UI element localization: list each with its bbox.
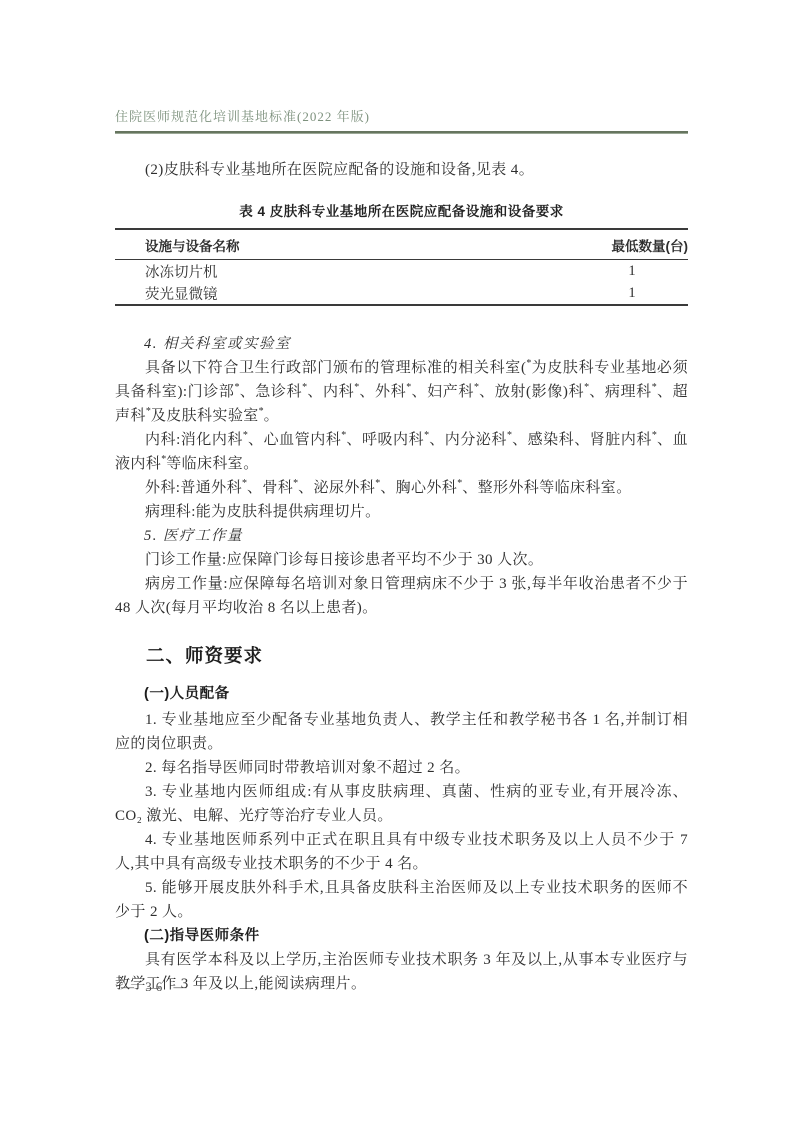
equipment-name: 冰冻切片机 xyxy=(115,261,576,282)
paragraph-pathology: 病理科:能为皮肤科提供病理切片。 xyxy=(115,500,688,524)
table-4-header-row: 设施与设备名称 最低数量(台) xyxy=(115,230,688,260)
intro-paragraph: (2)皮肤科专业基地所在医院应配备的设施和设备,见表 4。 xyxy=(115,158,688,182)
sub-heading-supervisor-conditions: (二)指导医师条件 xyxy=(115,924,688,948)
table-4: 设施与设备名称 最低数量(台) 冰冻切片机 1 荧光显微镜 1 xyxy=(115,228,688,306)
page-number: — 36 — xyxy=(121,979,191,995)
staffing-item: 3. 专业基地内医师组成:有从事皮肤病理、真菌、性病的亚专业,有开展冷冻、CO₂… xyxy=(115,780,688,828)
equipment-qty: 1 xyxy=(576,285,688,302)
document-page: 住院医师规范化培训基地标准(2022 年版) (2)皮肤科专业基地所在医院应配备… xyxy=(0,0,800,1131)
staffing-item: 5. 能够开展皮肤外科手术,且具备皮肤科主治医师及以上专业技术职务的医师不少于 … xyxy=(115,876,688,924)
paragraph-related-departments: 具备以下符合卫生行政部门颁布的管理标准的相关科室(*为皮肤科专业基地必须具备科室… xyxy=(115,356,688,428)
paragraph-outpatient-workload: 门诊工作量:应保障门诊每日接诊患者平均不少于 30 人次。 xyxy=(115,548,688,572)
paragraph-surgery: 外科:普通外科*、骨科*、泌尿外科*、胸心外科*、整形外科等临床科室。 xyxy=(115,476,688,500)
staffing-item: 4. 专业基地医师系列中正式在职且具有中级专业技术职务及以上人员不少于 7 人,… xyxy=(115,828,688,876)
equipment-name: 荧光显微镜 xyxy=(115,283,576,304)
table-row: 冰冻切片机 1 xyxy=(115,260,688,282)
paragraph-ward-workload: 病房工作量:应保障每名培训对象日管理病床不少于 3 张,每半年收治患者不少于 4… xyxy=(115,572,688,620)
section-heading-faculty-requirements: 二、师资要求 xyxy=(115,644,688,668)
sub-heading-staffing: (一)人员配备 xyxy=(115,682,688,706)
table-4-title: 表 4 皮肤科专业基地所在医院应配备设施和设备要求 xyxy=(115,202,688,222)
header-rule xyxy=(115,131,688,134)
table-4-header-name: 设施与设备名称 xyxy=(115,235,576,255)
table-row: 荧光显微镜 1 xyxy=(115,282,688,304)
table-4-body: 冰冻切片机 1 荧光显微镜 1 xyxy=(115,260,688,304)
heading-medical-workload: 5. 医疗工作量 xyxy=(115,524,688,548)
staffing-item: 1. 专业基地应至少配备专业基地负责人、教学主任和教学秘书各 1 名,并制订相应… xyxy=(115,708,688,756)
table-4-header-qty: 最低数量(台) xyxy=(576,235,688,255)
paragraph-internal-medicine: 内科:消化内科*、心血管内科*、呼吸内科*、内分泌科*、感染科、肾脏内科*、血液… xyxy=(115,428,688,476)
staffing-item: 2. 每名指导医师同时带教培训对象不超过 2 名。 xyxy=(115,756,688,780)
paragraph-supervisor-conditions: 具有医学本科及以上学历,主治医师专业技术职务 3 年及以上,从事本专业医疗与教学… xyxy=(115,948,688,996)
equipment-qty: 1 xyxy=(576,263,688,280)
heading-related-departments: 4. 相关科室或实验室 xyxy=(115,332,688,356)
running-head: 住院医师规范化培训基地标准(2022 年版) xyxy=(115,108,688,126)
